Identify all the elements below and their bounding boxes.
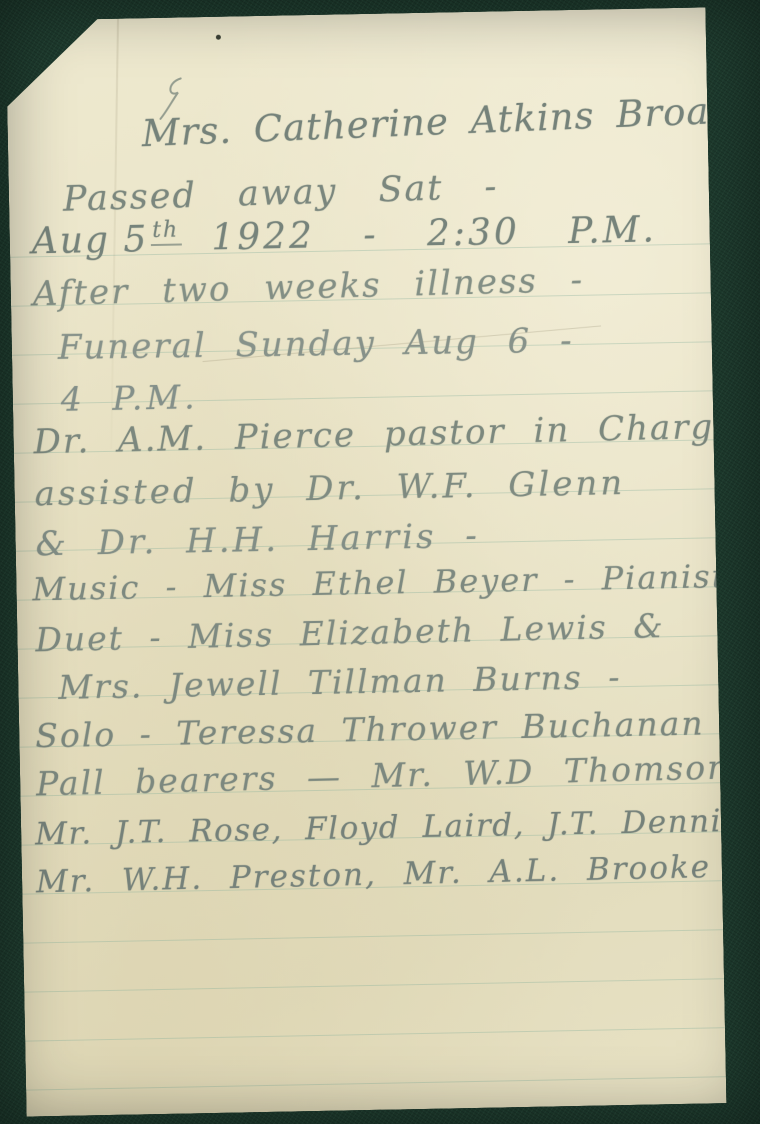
duet-line: Duet - Miss Elizabeth Lewis & xyxy=(35,606,665,659)
name-line: Mrs. Catherine Atkins Broach xyxy=(141,88,757,156)
pallbearers-names-line-2: Mr. W.H. Preston, Mr. A.L. Brooke - xyxy=(36,848,751,900)
date-prefix: Aug 5 xyxy=(31,219,148,262)
paper-speck xyxy=(216,35,221,40)
funeral-time-line: 4 P.M. xyxy=(60,377,199,419)
notebook-page: Mrs. Catherine Atkins Broach Passed away… xyxy=(6,7,727,1116)
music-line: Music - Miss Ethel Beyer - Pianist xyxy=(32,557,727,608)
funeral-line: Funeral Sunday Aug 6 - xyxy=(58,321,574,368)
date-rest: 1922 - 2:30 P.M. xyxy=(211,209,657,259)
pallbearers-line: Pall bearers — Mr. W.D Thomson xyxy=(36,747,731,803)
duet-second-singer-line: Mrs. Jewell Tillman Burns - xyxy=(58,657,622,707)
illness-line: After two weeks illness - xyxy=(32,260,584,314)
assisted-by-line: assisted by Dr. W.F. Glenn xyxy=(34,463,625,514)
harris-line: & Dr. H.H. Harris - xyxy=(35,516,480,565)
pallbearers-names-line: Mr. J.T. Rose, Floyd Laird, J.T. Dennis xyxy=(35,803,740,853)
photo-background: Mrs. Catherine Atkins Broach Passed away… xyxy=(0,0,760,1124)
date-superscript: th xyxy=(150,217,182,246)
solo-line: Solo - Teressa Thrower Buchanan - xyxy=(35,703,742,756)
